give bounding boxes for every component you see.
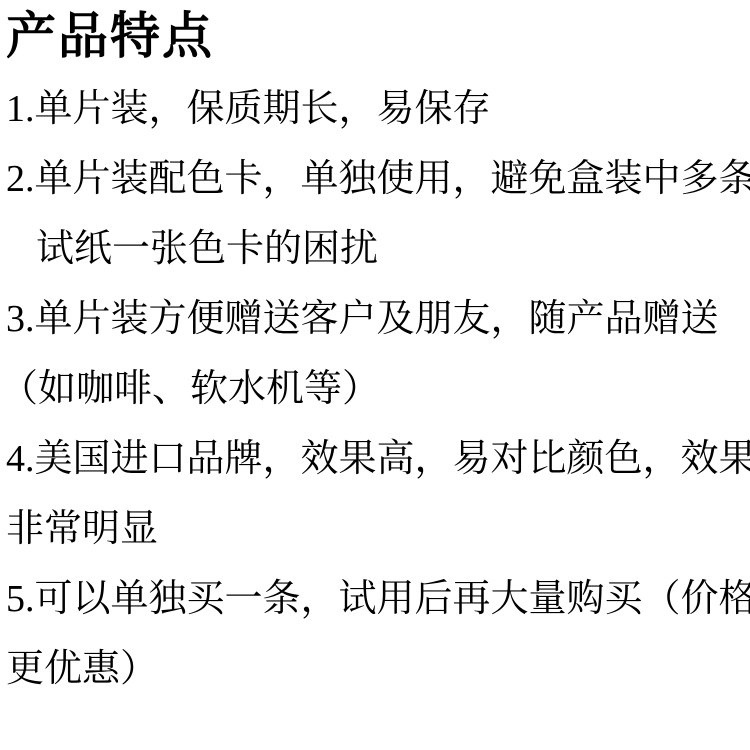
feature-line-5: 5.可以单独买一条，试用后再大量购买（价格 xyxy=(6,564,750,634)
feature-line-4: 4.美国进口品牌，效果高，易对比颜色，效果 xyxy=(6,424,750,494)
feature-line-2: 2.单片装配色卡，单独使用，避免盒装中多条 xyxy=(6,144,750,214)
product-features-section: 产品特点 1.单片装，保质期长，易保存 2.单片装配色卡，单独使用，避免盒装中多… xyxy=(0,0,750,704)
feature-line-2-continuation: 试纸一张色卡的困扰 xyxy=(6,214,750,284)
feature-line-1: 1.单片装，保质期长，易保存 xyxy=(6,74,750,144)
feature-line-3: 3.单片装方便赠送客户及朋友，随产品赠送 xyxy=(6,284,750,354)
feature-line-3-continuation: （如咖啡、软水机等） xyxy=(0,354,750,424)
page-title: 产品特点 xyxy=(6,6,750,66)
feature-line-4-continuation: 非常明显 xyxy=(6,494,750,564)
feature-line-5-continuation: 更优惠） xyxy=(6,634,750,704)
